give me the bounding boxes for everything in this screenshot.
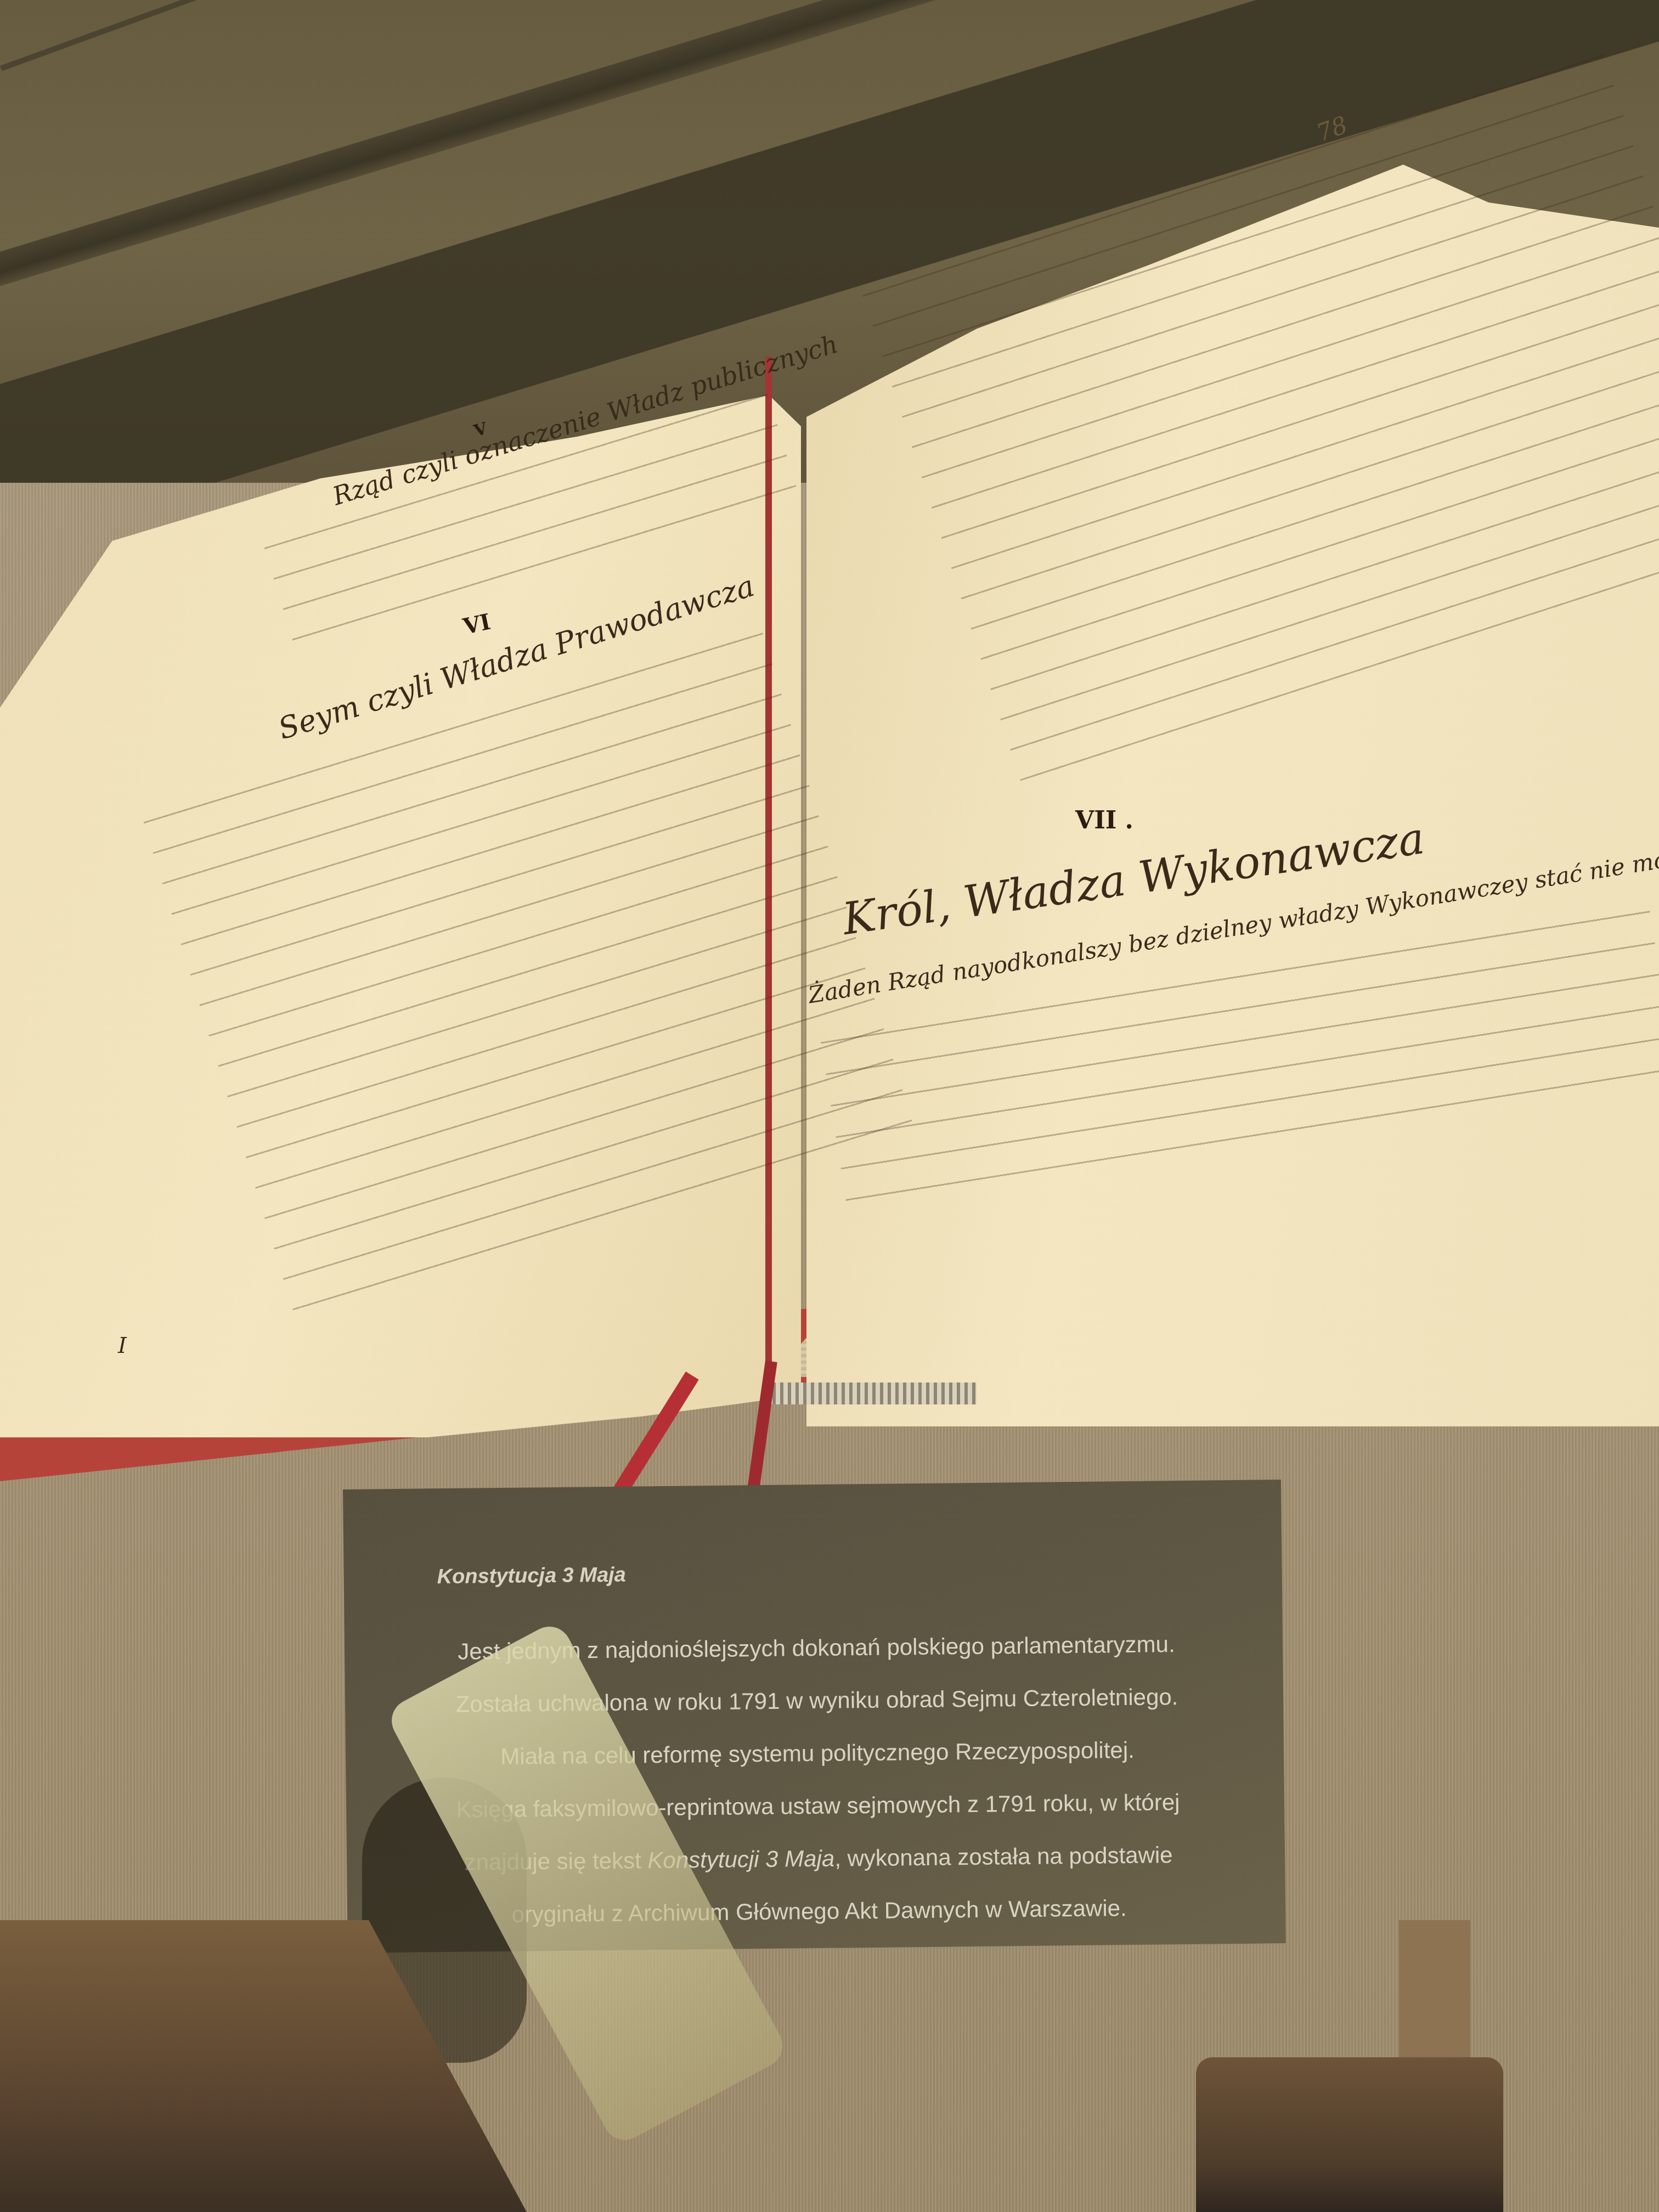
museum-display-scene: V Rząd czyli oznaczenie Władz publicznyc… xyxy=(0,0,1659,2212)
placard-title: Konstytucja 3 Maja xyxy=(437,1564,626,1589)
left-page-margin-mark: I xyxy=(118,1333,127,1358)
section-vii-numeral: VII . xyxy=(1075,806,1133,834)
placard-line-5-suffix: , wykonana została na podstawie xyxy=(834,1842,1173,1871)
book-headband xyxy=(768,1383,977,1404)
reflected-fixture-right xyxy=(1196,2057,1503,2212)
open-book: V Rząd czyli oznaczenie Władz publicznyc… xyxy=(0,0,1659,1509)
